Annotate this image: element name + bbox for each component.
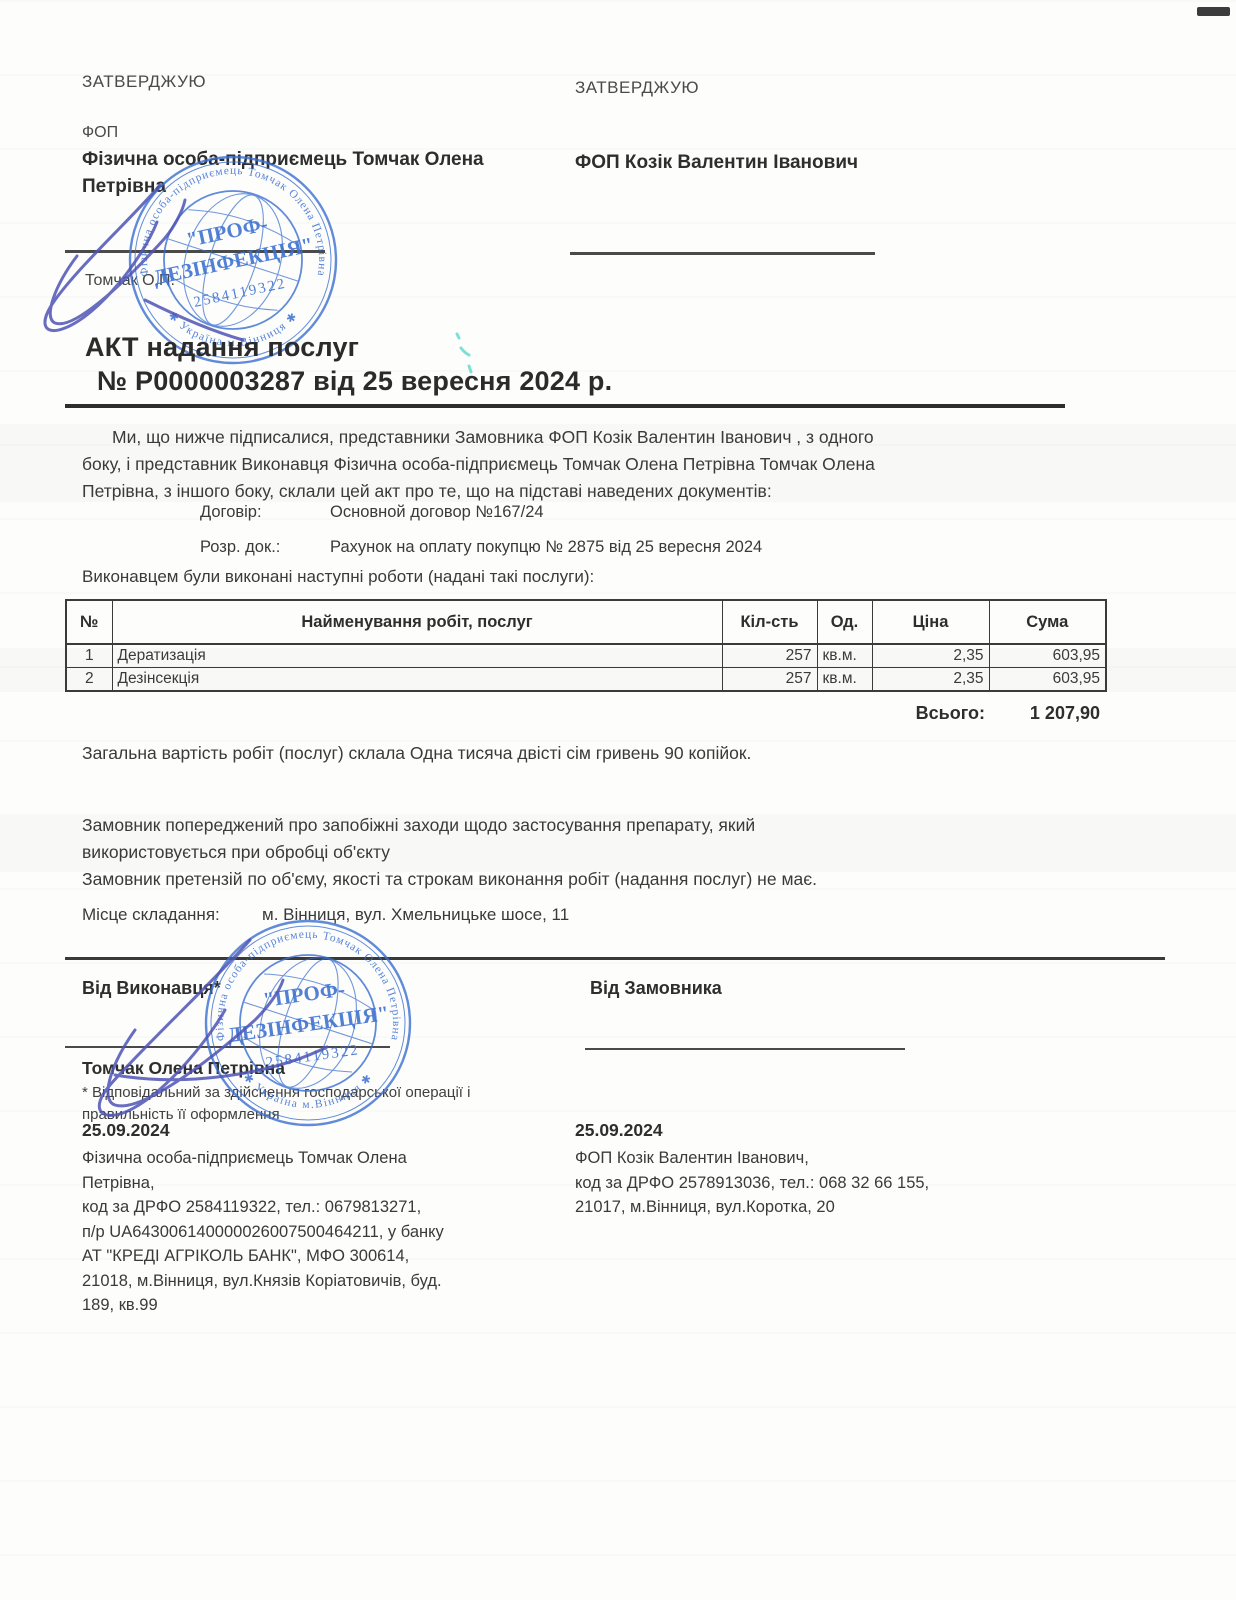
approve-label-right: ЗАТВЕРДЖУЮ <box>575 78 699 98</box>
executor-fop-label: ФОП <box>82 124 118 142</box>
contract-label: Договір: <box>200 503 262 522</box>
scan-artifact-bar <box>1197 7 1230 16</box>
works-table: № Найменування робіт, послуг Кіл-сть Од.… <box>65 599 1107 692</box>
row-sum: 603,95 <box>989 644 1106 668</box>
settlement-doc-label: Розр. док.: <box>200 538 280 557</box>
total-value: 1 207,90 <box>990 703 1100 724</box>
warning-note: Замовник попереджений про запобіжні захо… <box>82 812 962 866</box>
works-table-header-row: № Найменування робіт, послуг Кіл-сть Од.… <box>66 600 1106 644</box>
row-num: 2 <box>66 668 112 692</box>
executor-details-block: Фізична особа-підприємець Томчак Олена П… <box>82 1146 532 1318</box>
contract-value: Основной договор №167/24 <box>330 503 544 522</box>
customer-name-header: ФОП Козік Валентин Іванович <box>575 152 858 174</box>
col-header-sum: Сума <box>989 600 1106 644</box>
intro-paragraph: Ми, що нижче підписалися, представники З… <box>82 424 1032 505</box>
document-title-line2: № Р0000003287 від 25 вересня 2024 р. <box>97 366 612 397</box>
row-price: 2,35 <box>872 644 989 668</box>
col-header-name: Найменування робіт, послуг <box>112 600 722 644</box>
row-name: Дератизація <box>112 644 722 668</box>
row-price: 2,35 <box>872 668 989 692</box>
customer-signature-line-top <box>570 252 875 255</box>
settlement-doc-value: Рахунок на оплату покупцю № 2875 від 25 … <box>330 538 762 557</box>
row-unit: кв.м. <box>817 644 872 668</box>
table-row: 1 Дератизація 257 кв.м. 2,35 603,95 <box>66 644 1106 668</box>
col-header-qty: Кіл-сть <box>722 600 817 644</box>
document-title-line1: АКТ надання послуг <box>85 332 359 363</box>
total-label: Всього: <box>865 703 985 724</box>
table-row: 2 Дезінсекція 257 кв.м. 2,35 603,95 <box>66 668 1106 692</box>
signature-scribble-top <box>25 160 270 355</box>
customer-details-block: ФОП Козік Валентин Іванович, код за ДРФО… <box>575 1146 1025 1220</box>
customer-date: 25.09.2024 <box>575 1120 663 1141</box>
row-num: 1 <box>66 644 112 668</box>
row-qty: 257 <box>722 668 817 692</box>
row-name: Дезінсекція <box>112 668 722 692</box>
works-intro-line: Виконавцем були виконані наступні роботи… <box>82 567 594 587</box>
no-claims-note: Замовник претензій по об'єму, якості та … <box>82 866 1032 893</box>
scanned-act-document: ЗАТВЕРДЖУЮ ЗАТВЕРДЖУЮ ФОП Фізична особа-… <box>0 0 1236 1600</box>
row-unit: кв.м. <box>817 668 872 692</box>
approve-label-left: ЗАТВЕРДЖУЮ <box>82 72 206 92</box>
signature-scribble-bottom <box>55 925 355 1140</box>
row-qty: 257 <box>722 644 817 668</box>
title-rule <box>65 404 1065 408</box>
col-header-num: № <box>66 600 112 644</box>
total-in-words: Загальна вартість робіт (послуг) склала … <box>82 740 1032 767</box>
customer-signature-line-bottom <box>585 1048 905 1050</box>
customer-sign-label: Від Замовника <box>590 978 722 999</box>
row-sum: 603,95 <box>989 668 1106 692</box>
col-header-unit: Од. <box>817 600 872 644</box>
col-header-price: Ціна <box>872 600 989 644</box>
